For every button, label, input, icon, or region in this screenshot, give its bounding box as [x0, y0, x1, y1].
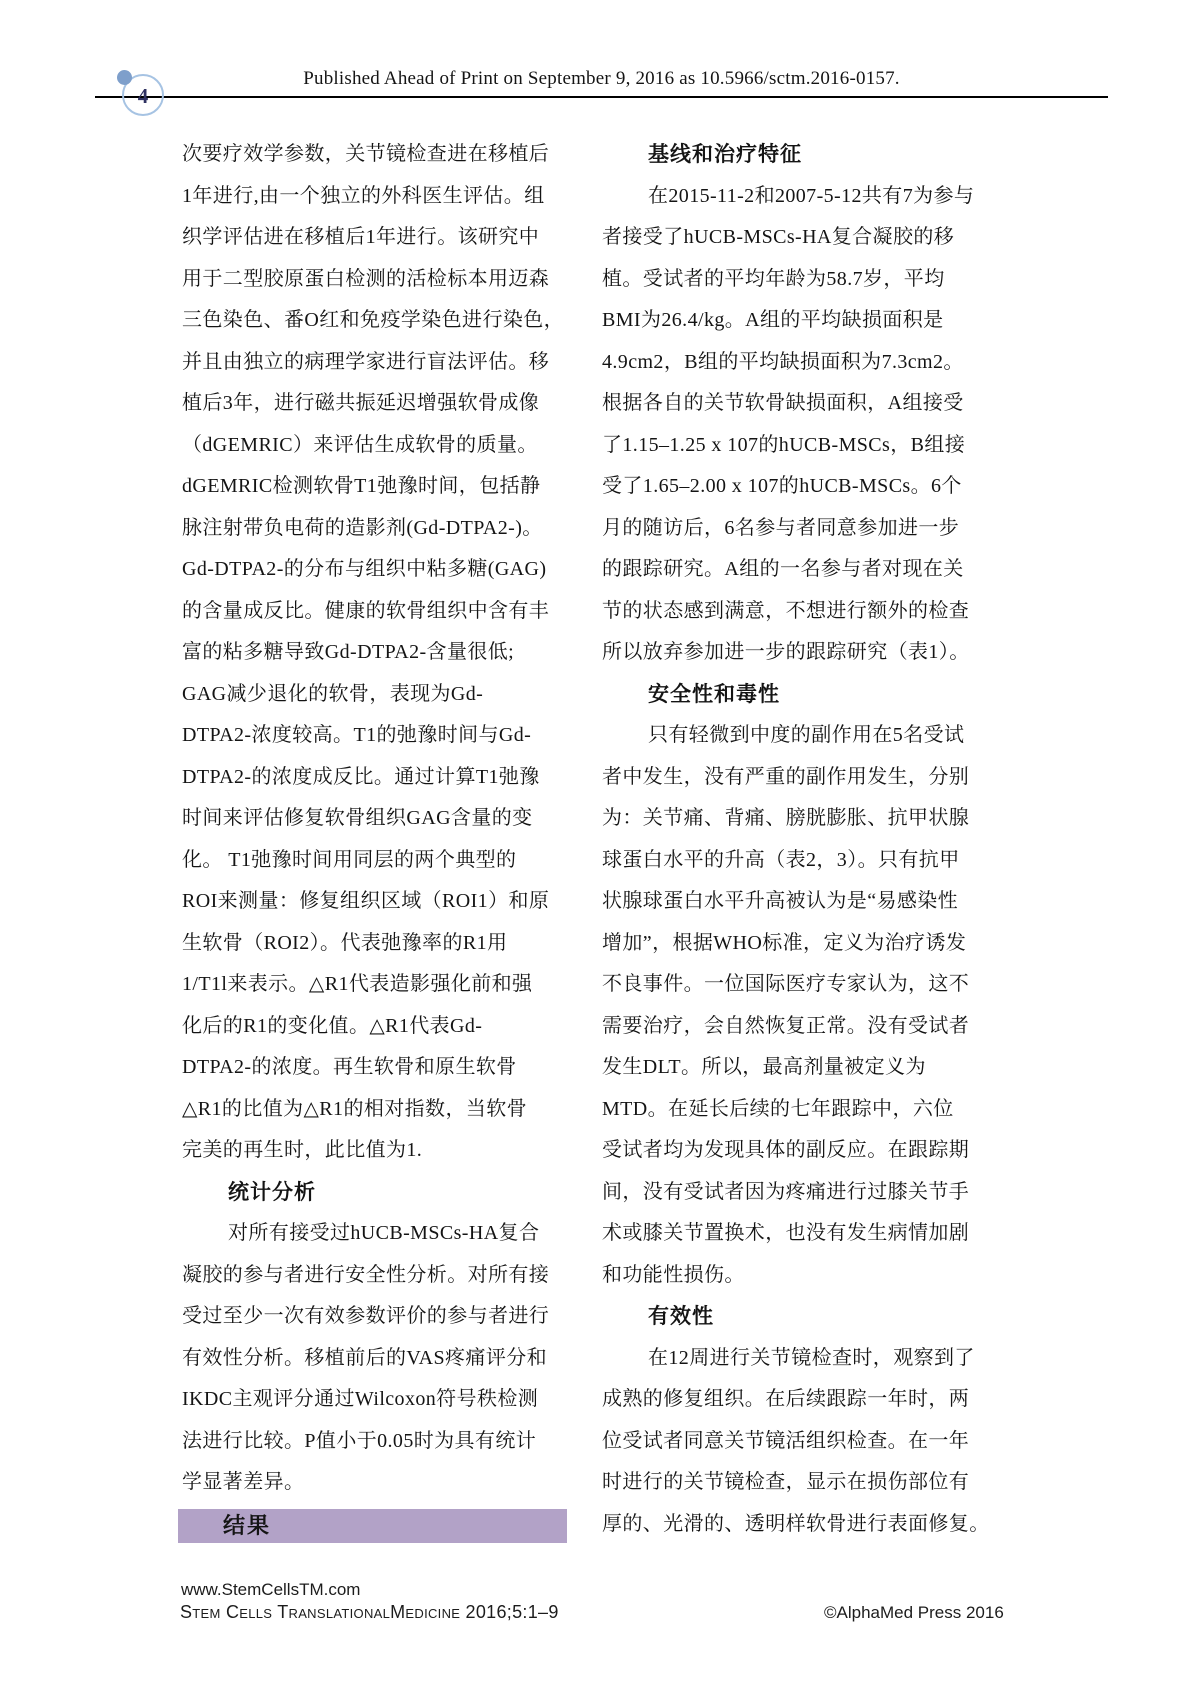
- text-line: IKDC主观评分通过Wilcoxon符号秩检测: [182, 1379, 558, 1421]
- journal-citation: Stem Cells TranslationalMedicine 2016;5:…: [180, 1602, 559, 1623]
- text-line: GAG减少退化的软骨，表现为Gd-: [182, 674, 558, 716]
- text-line: DTPA2-浓度较高。T1的弛豫时间与Gd-: [182, 715, 558, 757]
- text-line: 根据各自的关节软骨缺损面积，A组接受: [602, 383, 1027, 425]
- text-line: 次要疗效学参数，关节镜检查进在移植后: [182, 134, 558, 176]
- text-line: 法进行比较。P值小于0.05时为具有统计: [182, 1421, 558, 1463]
- text-line: 者接受了hUCB-MSCs-HA复合凝胶的移: [602, 217, 1027, 259]
- text-line: 在12周进行关节镜检查时，观察到了: [602, 1338, 1027, 1380]
- paper-page: Published Ahead of Print on September 9,…: [0, 0, 1200, 1696]
- text-line: 植后3年，进行磁共振延迟增强软骨成像: [182, 383, 558, 425]
- text-line: 织学评估进在移植后1年进行。该研究中: [182, 217, 558, 259]
- text-line: 不良事件。一位国际医疗专家认为，这不: [602, 964, 1027, 1006]
- text-line: 厚的、光滑的、透明样软骨进行表面修复。: [602, 1504, 1027, 1546]
- text-line: 三色染色、番O红和免疫学染色进行染色，: [182, 300, 558, 342]
- text-line: DTPA2-的浓度成反比。通过计算T1弛豫: [182, 757, 558, 799]
- section-heading: 统计分析: [182, 1172, 558, 1214]
- text-line: 富的粘多糖导致Gd-DTPA2-含量很低;: [182, 632, 558, 674]
- text-line: 用于二型胶原蛋白检测的活检标本用迈森: [182, 259, 558, 301]
- text-line: 1年进行,由一个独立的外科医生评估。组: [182, 176, 558, 218]
- text-line: 凝胶的参与者进行安全性分析。对所有接: [182, 1255, 558, 1297]
- text-line: 化。 T1弛豫时间用同层的两个典型的: [182, 840, 558, 882]
- text-line: ROI来测量：修复组织区域（ROI1）和原: [182, 881, 558, 923]
- text-line: 状腺球蛋白水平升高被认为是“易感染性: [602, 881, 1027, 923]
- section-heading: 基线和治疗特征: [602, 134, 1027, 176]
- text-line: 增加”，根据WHO标准，定义为治疗诱发: [602, 923, 1027, 965]
- badge-dot-icon: [117, 70, 132, 85]
- text-line: 化后的R1的变化值。△R1代表Gd-: [182, 1006, 558, 1048]
- text-line: 植。受试者的平均年龄为58.7岁，平均: [602, 259, 1027, 301]
- text-line: 在2015-11-2和2007-5-12共有7为参与: [602, 176, 1027, 218]
- section-heading: 有效性: [602, 1296, 1027, 1338]
- text-line: 并且由独立的病理学家进行盲法评估。移: [182, 342, 558, 384]
- text-line: 时进行的关节镜检查，显示在损伤部位有: [602, 1462, 1027, 1504]
- text-line: 需要治疗，会自然恢复正常。没有受试者: [602, 1006, 1027, 1048]
- text-line: 1/T1l来表示。△R1代表造影强化前和强: [182, 964, 558, 1006]
- published-ahead-line: Published Ahead of Print on September 9,…: [95, 68, 1108, 90]
- text-line: 成熟的修复组织。在后续跟踪一年时，两: [602, 1379, 1027, 1421]
- text-line: 有效性分析。移植前后的VAS疼痛评分和: [182, 1338, 558, 1380]
- text-line: MTD。在延长后续的七年跟踪中，六位: [602, 1089, 1027, 1131]
- text-line: 发生DLT。所以，最高剂量被定义为: [602, 1047, 1027, 1089]
- left-column: 次要疗效学参数，关节镜检查进在移植后1年进行,由一个独立的外科医生评估。组织学评…: [182, 134, 558, 1543]
- text-line: 和功能性损伤。: [602, 1255, 1027, 1297]
- text-line: 只有轻微到中度的副作用在5名受试: [602, 715, 1027, 757]
- text-line: 受过至少一次有效参数评价的参与者进行: [182, 1296, 558, 1338]
- header-rule: [95, 96, 1108, 98]
- text-line: 球蛋白水平的升高（表2，3）。只有抗甲: [602, 840, 1027, 882]
- journal-website: www.StemCellsTM.com: [181, 1580, 360, 1600]
- section-heading: 安全性和毒性: [602, 674, 1027, 716]
- text-line: 者中发生，没有严重的副作用发生，分别: [602, 757, 1027, 799]
- text-line: 为：关节痛、背痛、膀胱膨胀、抗甲状腺: [602, 798, 1027, 840]
- text-line: 了1.15–1.25 x 107的hUCB-MSCs，B组接: [602, 425, 1027, 467]
- text-line: 月的随访后，6名参与者同意参加进一步: [602, 508, 1027, 550]
- results-section-bar: 结果: [178, 1509, 567, 1543]
- text-line: 位受试者同意关节镜活组织检查。在一年: [602, 1421, 1027, 1463]
- text-line: 间，没有受试者因为疼痛进行过膝关节手: [602, 1172, 1027, 1214]
- text-line: 术或膝关节置换术，也没有发生病情加剧: [602, 1213, 1027, 1255]
- right-column: 基线和治疗特征在2015-11-2和2007-5-12共有7为参与者接受了hUC…: [602, 134, 1027, 1545]
- text-line: （dGEMRIC）来评估生成软骨的质量。: [182, 425, 558, 467]
- text-line: 节的状态感到满意，不想进行额外的检查: [602, 591, 1027, 633]
- text-line: 学显著差异。: [182, 1462, 558, 1504]
- text-line: 脉注射带负电荷的造影剂(Gd-DTPA2-)。: [182, 508, 558, 550]
- text-line: 受试者均为发现具体的副反应。在跟踪期: [602, 1130, 1027, 1172]
- text-line: 时间来评估修复软骨组织GAG含量的变: [182, 798, 558, 840]
- text-line: 完美的再生时，此比值为1.: [182, 1130, 558, 1172]
- text-line: dGEMRIC检测软骨T1弛豫时间，包括静: [182, 466, 558, 508]
- text-line: 的含量成反比。健康的软骨组织中含有丰: [182, 591, 558, 633]
- text-line: 的跟踪研究。A组的一名参与者对现在关: [602, 549, 1027, 591]
- text-line: 生软骨（ROI2）。代表弛豫率的R1用: [182, 923, 558, 965]
- text-line: BMI为26.4/kg。A组的平均缺损面积是: [602, 300, 1027, 342]
- text-line: 受了1.65–2.00 x 107的hUCB-MSCs。6个: [602, 466, 1027, 508]
- text-line: 对所有接受过hUCB-MSCs-HA复合: [182, 1213, 558, 1255]
- copyright-notice: ©AlphaMed Press 2016: [824, 1603, 1004, 1623]
- text-line: 所以放弃参加进一步的跟踪研究（表1）。: [602, 632, 1027, 674]
- text-line: Gd-DTPA2-的分布与组织中粘多糖(GAG): [182, 549, 558, 591]
- text-line: △R1的比值为△R1的相对指数，当软骨: [182, 1089, 558, 1131]
- text-line: 4.9cm2，B组的平均缺损面积为7.3cm2。: [602, 342, 1027, 384]
- text-line: DTPA2-的浓度。再生软骨和原生软骨: [182, 1047, 558, 1089]
